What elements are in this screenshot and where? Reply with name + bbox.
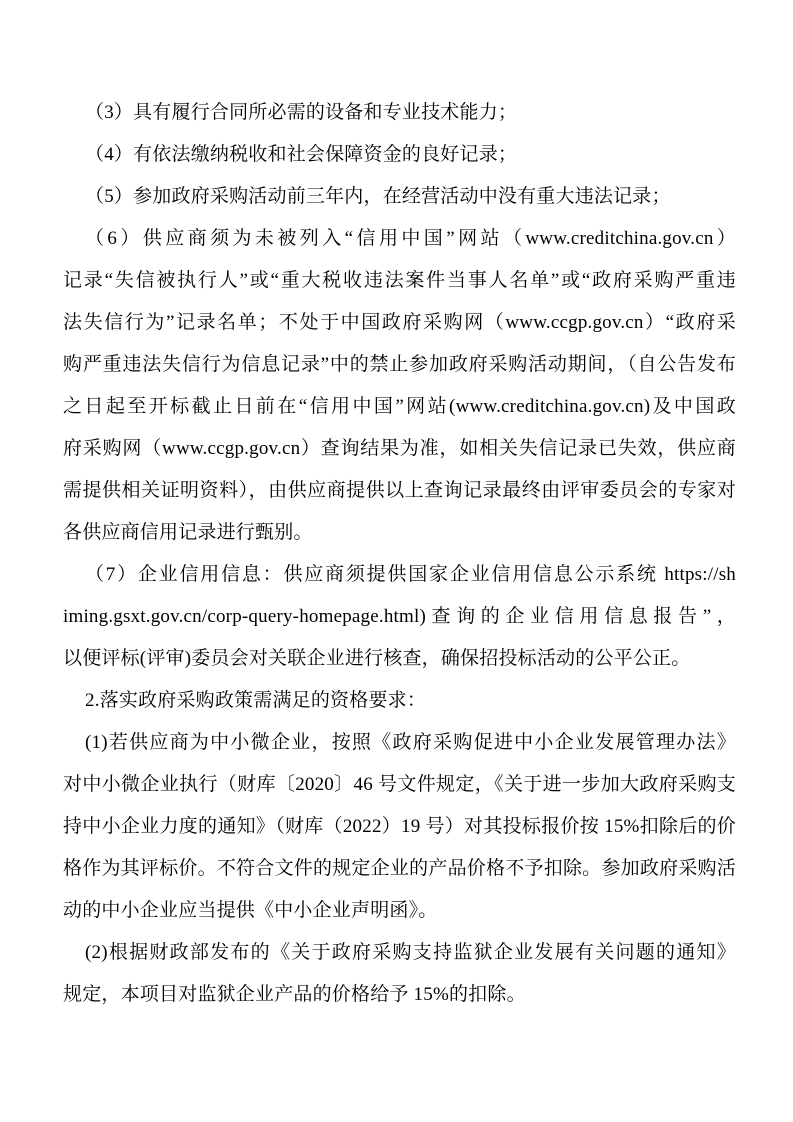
text-line: （3）具有履行合同所必需的设备和专业技术能力； xyxy=(63,92,736,134)
paragraph-clause-3: （3）具有履行合同所必需的设备和专业技术能力； xyxy=(63,92,736,134)
text-line: 之日起至开标截止日前在“信用中国”网站(www.creditchina.gov.… xyxy=(63,386,736,428)
text-line: 需提供相关证明资料），由供应商提供以上查询记录最终由评审委员会的专家对 xyxy=(63,470,736,512)
text-line: 规定，本项目对监狱企业产品的价格给予 15%的扣除。 xyxy=(63,974,736,1016)
paragraph-clause-2-2: (2)根据财政部发布的《关于政府采购支持监狱企业发展有关问题的通知》 规定，本项… xyxy=(63,932,736,1016)
text-line: （7）企业信用信息：供应商须提供国家企业信用信息公示系统 https://sh xyxy=(63,554,736,596)
paragraph-clause-2-1: (1)若供应商为中小微企业，按照《政府采购促进中小企业发展管理办法》 对中小微企… xyxy=(63,722,736,932)
text-line: (2)根据财政部发布的《关于政府采购支持监狱企业发展有关问题的通知》 xyxy=(63,932,736,974)
text-line: 格作为其评标价。不符合文件的规定企业的产品价格不予扣除。参加政府采购活 xyxy=(63,848,736,890)
paragraph-clause-6: （6）供应商须为未被列入“信用中国”网站（www.creditchina.gov… xyxy=(63,218,736,554)
document-text-block: （3）具有履行合同所必需的设备和专业技术能力； （4）有依法缴纳税收和社会保障资… xyxy=(63,92,736,1016)
text-line: 记录“失信被执行人”或“重大税收违法案件当事人名单”或“政府采购严重违 xyxy=(63,260,736,302)
text-line: （5）参加政府采购活动前三年内，在经营活动中没有重大违法记录； xyxy=(63,176,736,218)
text-line: 2.落实政府采购政策需满足的资格要求： xyxy=(63,680,736,722)
text-line: （4）有依法缴纳税收和社会保障资金的良好记录； xyxy=(63,134,736,176)
paragraph-clause-4: （4）有依法缴纳税收和社会保障资金的良好记录； xyxy=(63,134,736,176)
document-page: （3）具有履行合同所必需的设备和专业技术能力； （4）有依法缴纳税收和社会保障资… xyxy=(0,0,793,1122)
paragraph-section-2-heading: 2.落实政府采购政策需满足的资格要求： xyxy=(63,680,736,722)
text-line: 以便评标(评审)委员会对关联企业进行核查，确保招投标活动的公平公正。 xyxy=(63,638,736,680)
text-line: 对中小微企业执行（财库〔2020〕46 号文件规定，《关于进一步加大政府采购支 xyxy=(63,764,736,806)
text-line: (1)若供应商为中小微企业，按照《政府采购促进中小企业发展管理办法》 xyxy=(63,722,736,764)
text-line: iming.gsxt.gov.cn/corp-query-homepage.ht… xyxy=(63,596,736,638)
text-line: 购严重违法失信行为信息记录”中的禁止参加政府采购活动期间，（自公告发布 xyxy=(63,344,736,386)
paragraph-clause-7: （7）企业信用信息：供应商须提供国家企业信用信息公示系统 https://sh … xyxy=(63,554,736,680)
text-line: 各供应商信用记录进行甄别。 xyxy=(63,512,736,554)
paragraph-clause-5: （5）参加政府采购活动前三年内，在经营活动中没有重大违法记录； xyxy=(63,176,736,218)
text-line: 持中小企业力度的通知》（财库（2022）19 号）对其投标报价按 15%扣除后的… xyxy=(63,806,736,848)
text-line: 府采购网（www.ccgp.gov.cn）查询结果为准，如相关失信记录已失效，供… xyxy=(63,428,736,470)
text-line: 动的中小企业应当提供《中小企业声明函》。 xyxy=(63,890,736,932)
text-line: 法失信行为”记录名单；不处于中国政府采购网（www.ccgp.gov.cn）“政… xyxy=(63,302,736,344)
text-line: （6）供应商须为未被列入“信用中国”网站（www.creditchina.gov… xyxy=(63,218,736,260)
